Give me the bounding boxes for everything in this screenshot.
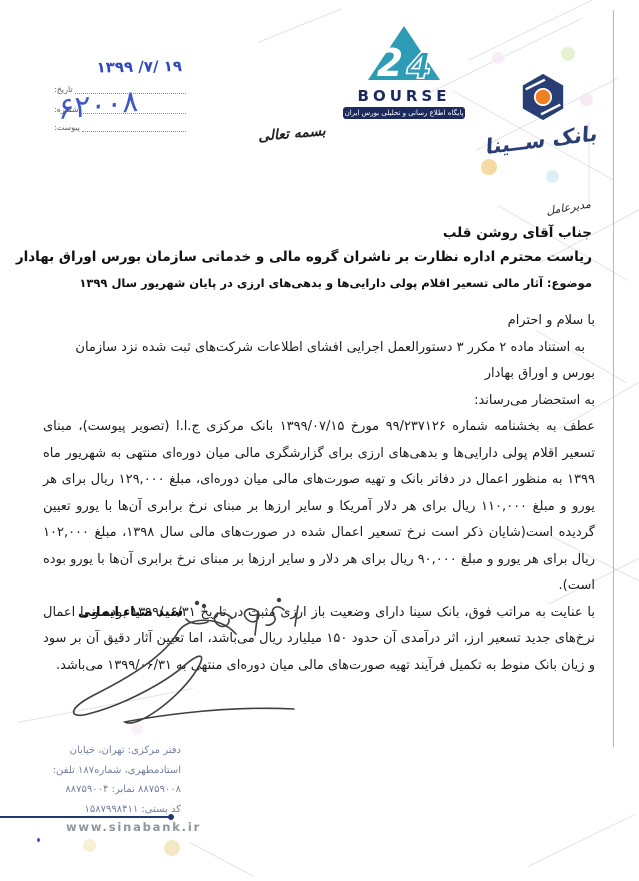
dotted-line [81, 104, 186, 114]
letter-page: ۱۹ /۷/ ۱۳۹۹ ۶۲۰۰۸ تاریخ: شماره: پیوست: 2… [0, 0, 639, 881]
bourse24-triangle-icon: 2 4 [343, 24, 465, 82]
handwritten-date: ۱۹ /۷/ ۱۳۹۹ [72, 57, 182, 77]
footer-rule [0, 816, 172, 818]
address-line: استادمطهری، شماره۱۸۷ تلفن: [28, 761, 181, 781]
handwritten-signature [36, 592, 316, 742]
date-label: تاریخ: [54, 85, 75, 94]
besmele-calligraphy: بسمه تعالی [257, 123, 326, 145]
bank-sina-calligraphy: بانک ســینا [488, 121, 598, 159]
bank-sina-logo: بانک ســینا [488, 72, 598, 152]
body-line: به استحضار می‌رساند: [43, 388, 595, 415]
subject-line: موضوع: آثار مالی تسعیر اقلام پولی دارایی… [79, 276, 592, 290]
dotted-line [75, 84, 186, 94]
bank-sina-emblem-icon [519, 72, 567, 122]
footer-address: دفتر مرکزی: تهران، خیابان استادمطهری، شم… [28, 741, 181, 819]
bourse24-logo: 2 4 BOURSE پایگاه اطلاع رسانی و تحلیلی ب… [343, 24, 465, 119]
body-paragraph: عطف به بخشنامه شماره ۹۹/۲۳۷۱۲۶ مورخ ۱۳۹۹… [43, 414, 595, 600]
bourse24-tagline: پایگاه اطلاع رسانی و تحلیلی بورس ایران [343, 107, 465, 119]
recipient-name: جناب آقای روشن قلب [443, 225, 592, 241]
address-line: ۸۸۷۵۹۰۰۸ نمابر: ۸۸۷۵۹۰۰۴ [28, 780, 181, 800]
scan-edge-line [613, 10, 614, 747]
number-field: شماره: [54, 104, 186, 114]
date-field: تاریخ: [54, 84, 186, 94]
website-text: www.sinabank.ir [66, 820, 186, 834]
address-line: دفتر مرکزی: تهران، خیابان [28, 741, 181, 761]
number-label: شماره: [54, 105, 81, 114]
attachment-field: پیوست: [54, 122, 186, 132]
svg-text:4: 4 [405, 46, 431, 82]
bourse24-wordmark: BOURSE [343, 87, 465, 105]
svg-text:2: 2 [377, 41, 403, 82]
attachment-label: پیوست: [54, 123, 82, 132]
handwritten-note: مدیرعامل [545, 198, 591, 218]
body-line: به استناد ماده ۲ مکرر ۳ دستورالعمل اجرای… [43, 335, 595, 388]
ink-mark [37, 838, 40, 842]
salutation: با سلام و احترام [43, 308, 595, 335]
dotted-line [82, 122, 186, 132]
recipient-title: ریاست محترم اداره نظارت بر ناشران گروه م… [16, 249, 592, 265]
